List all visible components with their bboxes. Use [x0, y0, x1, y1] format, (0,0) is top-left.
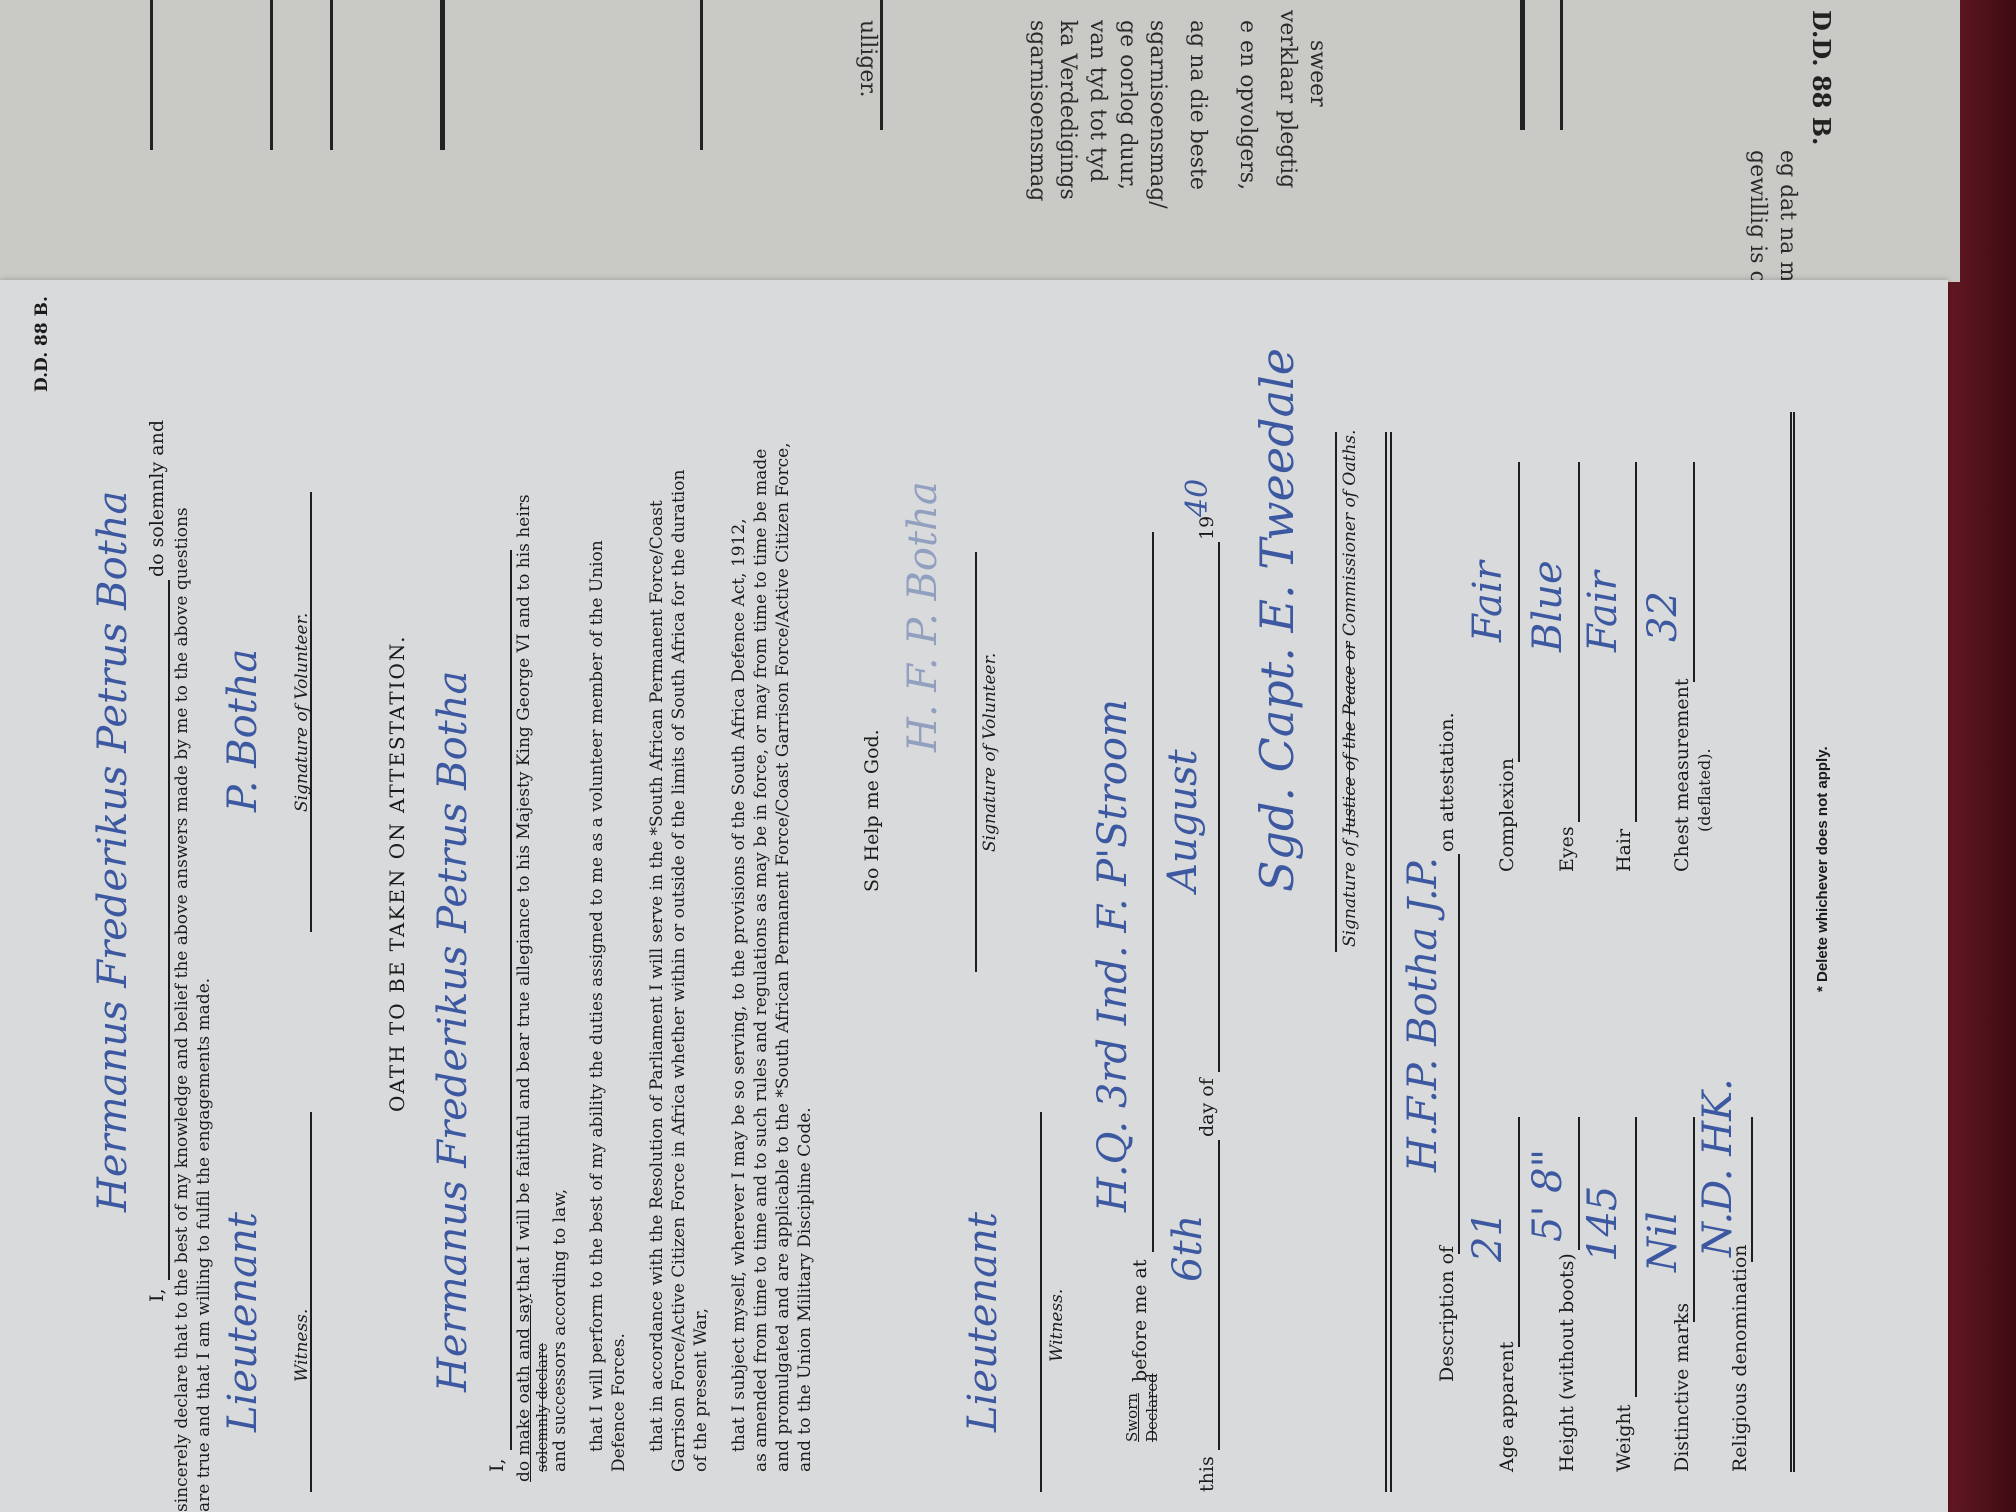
- field-label-religion: Religious denomination: [1728, 1244, 1753, 1472]
- oath-para: that I will perform to the best of my ab…: [585, 540, 610, 1452]
- attestation-year[interactable]: 40: [1180, 479, 1215, 517]
- oath-closing: So Help me God.: [860, 729, 885, 892]
- commissioner-signature[interactable]: Sgd. Capt. E. Tweedale: [1250, 348, 1304, 892]
- back-text: e en opvolgers,: [1235, 20, 1260, 190]
- oath-para: that I will be faithful and bear true al…: [512, 494, 537, 1292]
- back-text: eg dat na my: [1775, 150, 1800, 295]
- witness-signature[interactable]: Lieutenant: [220, 1212, 266, 1432]
- oath-para: and successors according to law,: [548, 1189, 573, 1472]
- field-label-age: Age apparent: [1495, 1342, 1520, 1472]
- oath-para: and to the Union Military Discipline Cod…: [793, 1107, 818, 1472]
- field-sublabel-chest: (deflated).: [1692, 748, 1717, 832]
- day-of-label: day of: [1195, 1078, 1220, 1137]
- field-value-eyes[interactable]: Blue: [1525, 560, 1571, 652]
- field-label-height: Height (without boots): [1555, 1253, 1580, 1472]
- field-label-eyes: Eyes: [1555, 826, 1580, 872]
- back-form-code: D.D. 88 B.: [1807, 10, 1836, 145]
- attestation-month[interactable]: August: [1160, 749, 1206, 892]
- field-label-weight: Weight: [1612, 1405, 1637, 1472]
- before-me-label: before me at: [1128, 1259, 1153, 1382]
- field-value-religion[interactable]: N.D. HK.: [1695, 1078, 1741, 1257]
- volunteer-label: Signature of Volunteer.: [290, 613, 315, 812]
- declaration-body: are true and that I am willing to fulfil…: [192, 978, 217, 1512]
- field-value-chest[interactable]: 32: [1640, 591, 1686, 642]
- declaration-suffix: do solemnly and: [145, 420, 170, 577]
- description-suffix: on attestation.: [1435, 712, 1460, 852]
- declarant-name[interactable]: Hermanus Frederikus Petrus Botha: [90, 491, 136, 1212]
- description-heading: Description of: [1435, 1246, 1460, 1382]
- attestation-form: D.D. 88 B. I, Hermanus Frederikus Petrus…: [0, 280, 1948, 1512]
- back-text: sgarnisoensmag/: [1145, 20, 1170, 209]
- form-code: D.D. 88 B.: [30, 296, 55, 392]
- declaration-prefix: I,: [145, 1288, 170, 1302]
- volunteer-signature[interactable]: P. Botha: [220, 649, 266, 812]
- oath-volunteer-signature[interactable]: H. F. P. Botha: [900, 481, 946, 752]
- field-label-complexion: Complexion: [1495, 758, 1520, 872]
- field-value-marks[interactable]: Nil: [1640, 1211, 1686, 1272]
- field-value-age[interactable]: 21: [1465, 1211, 1511, 1262]
- back-text: verklaar plegtig: [1275, 10, 1300, 188]
- back-page: D.D. 88 B. eg dat na my gewillig is om s…: [0, 0, 1960, 282]
- back-text: van tyd tot tyd: [1085, 20, 1110, 182]
- oath-volunteer-label: Signature of Volunteer.: [978, 653, 1003, 852]
- back-text: sweer: [1305, 40, 1330, 107]
- attestation-place[interactable]: H.Q. 3rd Ind. F. P'Stroom: [1090, 699, 1136, 1212]
- back-text: sgarnisoensmag: [1025, 20, 1050, 201]
- oath-witness-label: Witness.: [1045, 1289, 1070, 1362]
- footnote: * Delete whichever does not apply.: [1810, 746, 1835, 992]
- witness-label: Witness.: [290, 1309, 315, 1382]
- description-name[interactable]: H.F.P. Botha J.P.: [1400, 857, 1446, 1172]
- field-value-complexion[interactable]: Fair: [1465, 561, 1511, 642]
- commissioner-label: Signature of Justice of the Peace or Com…: [1338, 430, 1363, 947]
- oath-para: of the present War,: [689, 1308, 714, 1472]
- field-value-hair[interactable]: Fair: [1580, 571, 1626, 652]
- back-text: ulliger.: [855, 20, 880, 97]
- oath-witness-signature[interactable]: Lieutenant: [960, 1212, 1006, 1432]
- field-value-weight[interactable]: 145: [1580, 1186, 1626, 1262]
- back-text: ag na die beste: [1185, 20, 1210, 190]
- year-prefix: 19: [1195, 516, 1220, 540]
- oath-title: OATH TO BE TAKEN ON ATTESTATION.: [385, 635, 410, 1113]
- field-value-height[interactable]: 5' 8": [1525, 1149, 1571, 1242]
- declared-option: Declared: [1140, 1373, 1165, 1442]
- oath-name[interactable]: Hermanus Frederikus Petrus Botha: [430, 671, 476, 1392]
- attestation-day[interactable]: 6th: [1165, 1215, 1211, 1282]
- back-text: ge oorlog duur,: [1115, 20, 1140, 190]
- back-text: ka Verdedigings: [1055, 20, 1080, 200]
- oath-prefix: I,: [485, 1458, 510, 1472]
- field-label-hair: Hair: [1612, 829, 1637, 872]
- oath-para: Defence Forces.: [607, 1333, 632, 1472]
- this-label: this: [1195, 1456, 1220, 1492]
- field-label-marks: Distinctive marks: [1670, 1303, 1695, 1472]
